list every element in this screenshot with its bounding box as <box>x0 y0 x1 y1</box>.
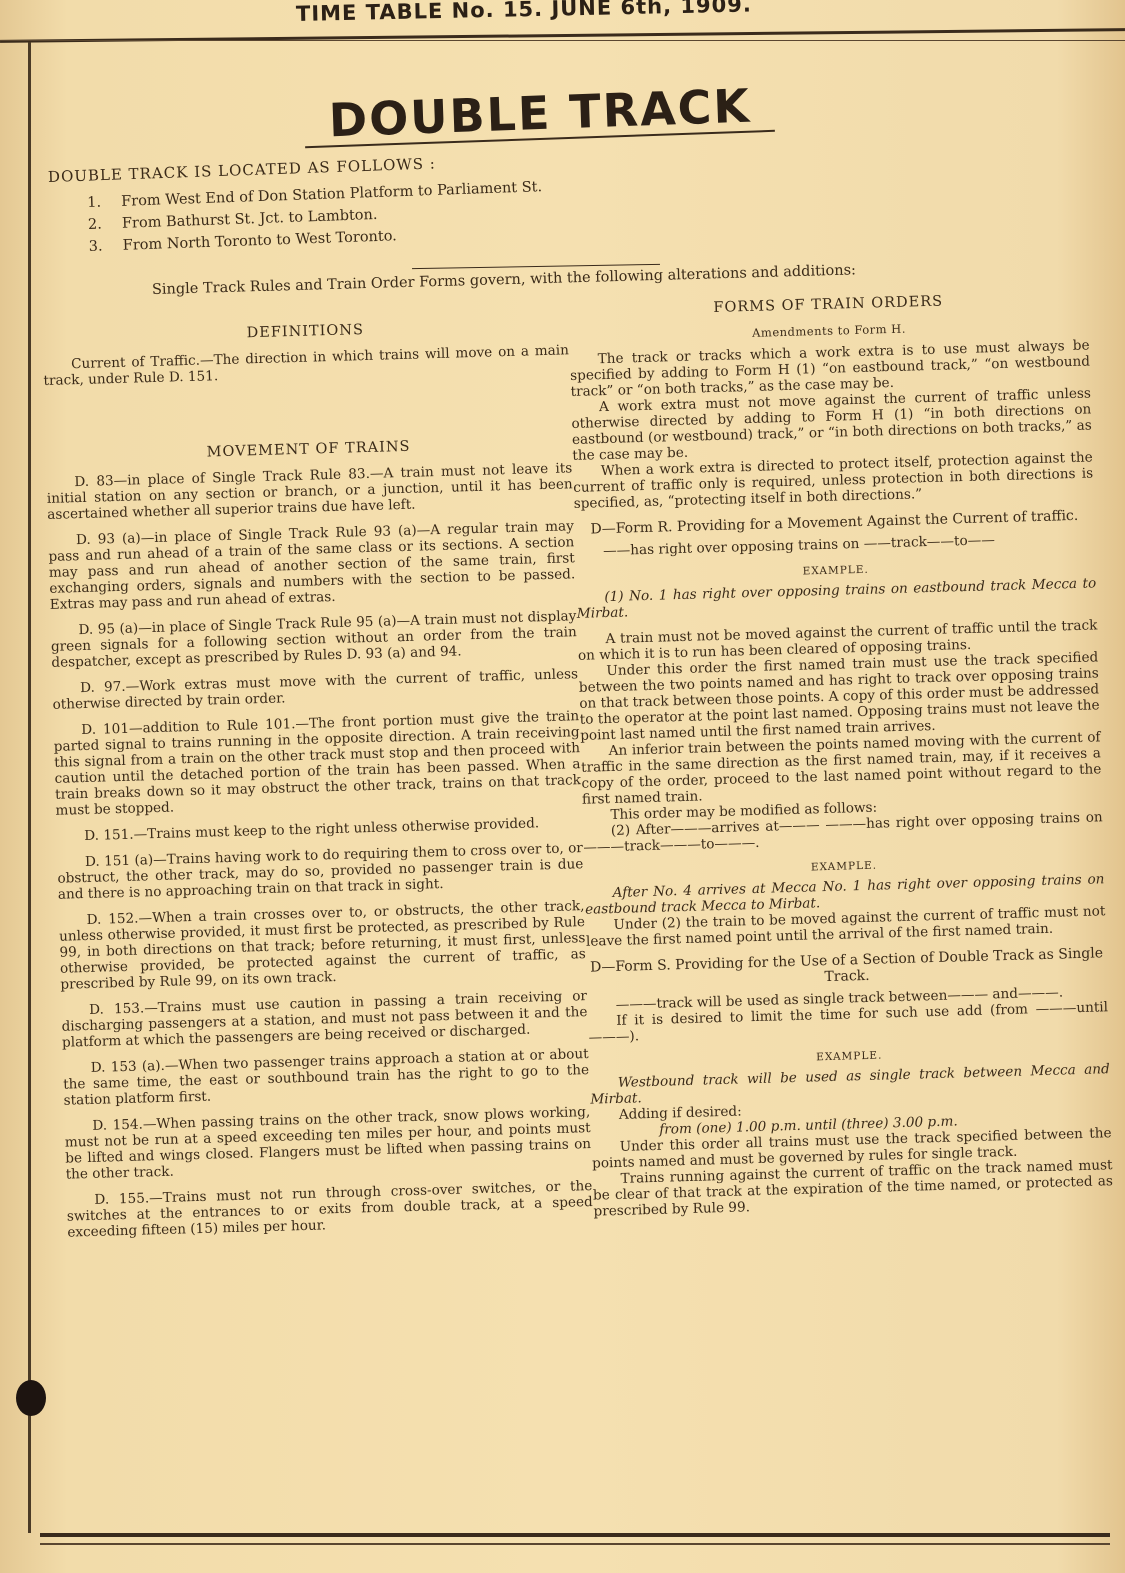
rule-d152: D. 152.—When a train crosses over to, or… <box>58 898 586 993</box>
header-rule-thin <box>0 40 1125 41</box>
right-column: FORMS OF TRAIN ORDERS Amendments to Form… <box>568 283 1114 1219</box>
rule-d153a: D. 153 (a).—When two passenger trains ap… <box>63 1046 590 1109</box>
definitions-heading: DEFINITIONS <box>42 316 568 347</box>
left-margin-rule <box>28 42 31 1533</box>
rule-d83: D. 83—in place of Single Track Rule 83.—… <box>46 460 573 523</box>
document-page: TIME TABLE No. 15. JUNE 6th, 1909. DOUBL… <box>0 0 1125 1573</box>
rule-d153: D. 153.—Trains must use caution in passi… <box>61 988 588 1051</box>
timetable-header: TIME TABLE No. 15. JUNE 6th, 1909. <box>296 0 752 26</box>
rule-d151: D. 151.—Trains must keep to the right un… <box>56 814 582 845</box>
rule-d93a: D. 93 (a)—in place of Single Track Rule … <box>48 518 576 613</box>
form-r-para: Under this order the first named train m… <box>578 649 1100 743</box>
rule-d95a: D. 95 (a)—in place of Single Track Rule … <box>50 608 577 671</box>
rule-d97: D. 97.—Work extras must move with the cu… <box>52 666 579 713</box>
footer-rule <box>40 1533 1110 1537</box>
footer-rule-thin <box>40 1543 1110 1545</box>
binder-hole <box>16 1380 46 1416</box>
left-column: DEFINITIONS Current of Traffic.—The dire… <box>42 310 594 1250</box>
rule-d155: D. 155.—Trains must not run through cros… <box>66 1178 593 1241</box>
forms-heading: FORMS OF TRAIN ORDERS <box>568 289 1088 320</box>
location-list: 1.From West End of Don Station Platform … <box>87 176 544 258</box>
rule-d151a: D. 151 (a)—Trains having work to do requ… <box>57 840 584 903</box>
rule-d154: D. 154.—When passing trains on the other… <box>64 1104 592 1183</box>
definition-current-of-traffic: Current of Traffic.—The direction in whi… <box>43 342 570 389</box>
rule-d101: D. 101—addition to Rule 101.—The front p… <box>53 708 581 819</box>
